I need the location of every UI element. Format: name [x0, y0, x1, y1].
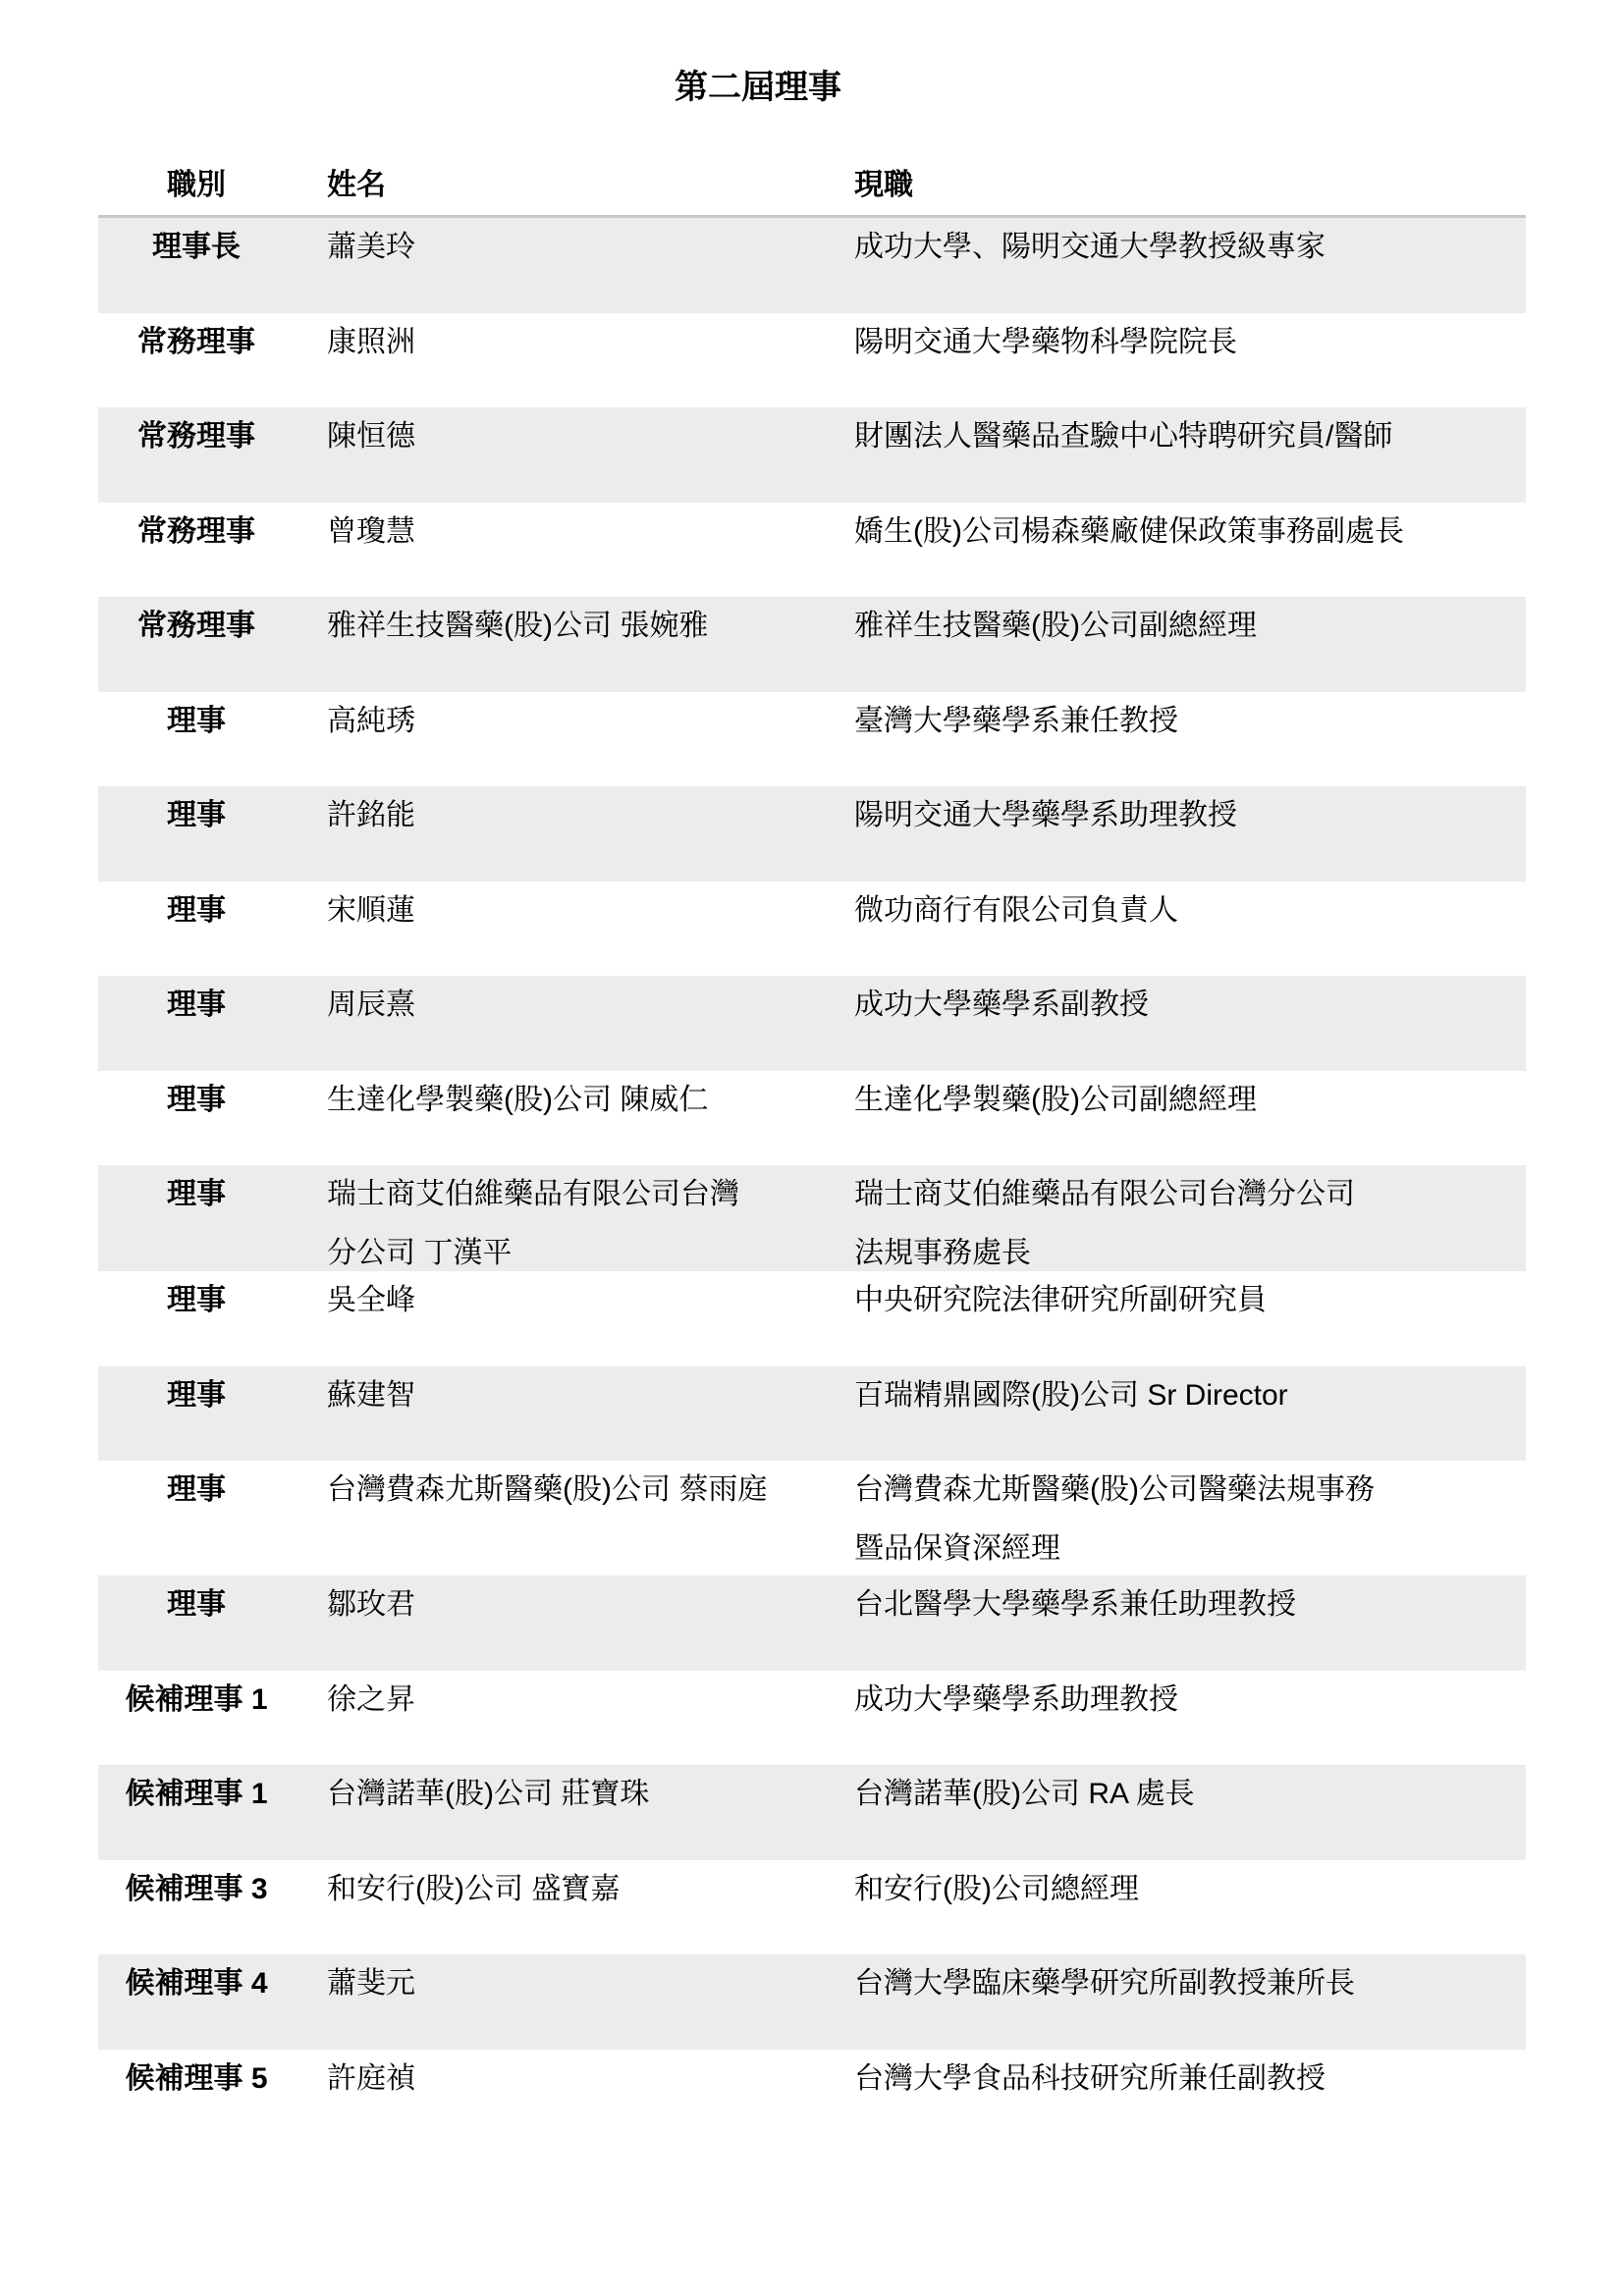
cell-job: 陽明交通大學藥物科學院院長: [854, 313, 1526, 372]
cell-position: 理事: [98, 1366, 295, 1425]
cell-job: 瑞士商艾伯維藥品有限公司台灣分公司 法規事務處長: [854, 1165, 1526, 1283]
table-row: 理事 蘇建智 百瑞精鼎國際(股)公司 Sr Director: [98, 1366, 1526, 1462]
cell-name: 生達化學製藥(股)公司 陳威仁: [327, 1071, 779, 1130]
cell-name: 曾瓊慧: [327, 503, 779, 561]
cell-name: 蕭斐元: [327, 1954, 779, 2013]
cell-position: 候補理事 1: [98, 1671, 295, 1730]
table-row: 理事 瑞士商艾伯維藥品有限公司台灣 分公司 丁漢平 瑞士商艾伯維藥品有限公司台灣…: [98, 1165, 1526, 1271]
cell-position: 候補理事 1: [98, 1765, 295, 1824]
cell-job: 台灣費森尤斯醫藥(股)公司醫藥法規事務 暨品保資深經理: [854, 1461, 1526, 1578]
cell-job: 微功商行有限公司負責人: [854, 881, 1526, 940]
cell-position: 理事: [98, 1271, 295, 1330]
cell-position: 理事: [98, 976, 295, 1035]
column-header-position: 職別: [98, 156, 295, 215]
cell-name: 康照洲: [327, 313, 779, 372]
cell-position: 理事長: [98, 218, 295, 277]
table-row: 候補理事 4 蕭斐元 台灣大學臨床藥學研究所副教授兼所長: [98, 1954, 1526, 2050]
table-row: 理事 許銘能 陽明交通大學藥學系助理教授: [98, 786, 1526, 881]
cell-job: 中央研究院法律研究所副研究員: [854, 1271, 1526, 1330]
cell-name: 蘇建智: [327, 1366, 779, 1425]
cell-position: 候補理事 4: [98, 1954, 295, 2013]
cell-position: 常務理事: [98, 597, 295, 656]
table-header-row: 職別 姓名 現職: [98, 108, 1526, 218]
table-row: 理事 宋順蓮 微功商行有限公司負責人: [98, 881, 1526, 977]
table-row: 理事 鄒玫君 台北醫學大學藥學系兼任助理教授: [98, 1575, 1526, 1671]
table-row: 常務理事 康照洲 陽明交通大學藥物科學院院長: [98, 313, 1526, 408]
page-title: 第二屆理事: [98, 67, 1418, 108]
cell-job: 成功大學藥學系助理教授: [854, 1671, 1526, 1730]
cell-name: 台灣費森尤斯醫藥(股)公司 蔡雨庭: [327, 1461, 779, 1520]
cell-position: 常務理事: [98, 313, 295, 372]
cell-name: 周辰熹: [327, 976, 779, 1035]
table-row: 候補理事 3 和安行(股)公司 盛寶嘉 和安行(股)公司總經理: [98, 1860, 1526, 1955]
cell-name: 和安行(股)公司 盛寶嘉: [327, 1860, 779, 1919]
table-row: 理事 吳全峰 中央研究院法律研究所副研究員: [98, 1271, 1526, 1366]
cell-name: 徐之昇: [327, 1671, 779, 1730]
cell-position: 理事: [98, 692, 295, 751]
cell-name: 宋順蓮: [327, 881, 779, 940]
cell-name: 許庭禎: [327, 2050, 779, 2109]
cell-job: 財團法人醫藥品查驗中心特聘研究員/醫師: [854, 407, 1526, 466]
cell-job: 百瑞精鼎國際(股)公司 Sr Director: [854, 1366, 1526, 1425]
table-row: 候補理事 5 許庭禎 台灣大學食品科技研究所兼任副教授: [98, 2050, 1526, 2145]
cell-position: 理事: [98, 1575, 295, 1634]
cell-name: 高純琇: [327, 692, 779, 751]
table-row: 理事 台灣費森尤斯醫藥(股)公司 蔡雨庭 台灣費森尤斯醫藥(股)公司醫藥法規事務…: [98, 1461, 1526, 1575]
cell-job: 臺灣大學藥學系兼任教授: [854, 692, 1526, 751]
cell-job: 嬌生(股)公司楊森藥廠健保政策事務副處長: [854, 503, 1526, 561]
table-row: 候補理事 1 徐之昇 成功大學藥學系助理教授: [98, 1671, 1526, 1766]
cell-name: 陳恒德: [327, 407, 779, 466]
table-row: 候補理事 1 台灣諾華(股)公司 莊寶珠 台灣諾華(股)公司 RA 處長: [98, 1765, 1526, 1860]
table-row: 常務理事 曾瓊慧 嬌生(股)公司楊森藥廠健保政策事務副處長: [98, 503, 1526, 598]
cell-position: 理事: [98, 1071, 295, 1130]
table-row: 理事 周辰熹 成功大學藥學系副教授: [98, 976, 1526, 1071]
cell-job: 生達化學製藥(股)公司副總經理: [854, 1071, 1526, 1130]
table-row: 理事長 蕭美玲 成功大學、陽明交通大學教授級專家: [98, 218, 1526, 313]
column-header-current-job: 現職: [854, 156, 1526, 215]
table-row: 理事 高純琇 臺灣大學藥學系兼任教授: [98, 692, 1526, 787]
table-row: 常務理事 雅祥生技醫藥(股)公司 張婉雅 雅祥生技醫藥(股)公司副總經理: [98, 597, 1526, 692]
cell-name: 許銘能: [327, 786, 779, 845]
cell-position: 候補理事 3: [98, 1860, 295, 1919]
cell-position: 候補理事 5: [98, 2050, 295, 2109]
table-row: 常務理事 陳恒德 財團法人醫藥品查驗中心特聘研究員/醫師: [98, 407, 1526, 503]
cell-position: 理事: [98, 881, 295, 940]
cell-name: 台灣諾華(股)公司 莊寶珠: [327, 1765, 779, 1824]
cell-job: 雅祥生技醫藥(股)公司副總經理: [854, 597, 1526, 656]
cell-position: 常務理事: [98, 503, 295, 561]
cell-job: 和安行(股)公司總經理: [854, 1860, 1526, 1919]
cell-name: 蕭美玲: [327, 218, 779, 277]
cell-job: 台灣大學食品科技研究所兼任副教授: [854, 2050, 1526, 2109]
cell-position: 理事: [98, 1461, 295, 1520]
cell-job: 陽明交通大學藥學系助理教授: [854, 786, 1526, 845]
cell-job: 台北醫學大學藥學系兼任助理教授: [854, 1575, 1526, 1634]
directors-table: 職別 姓名 現職 理事長 蕭美玲 成功大學、陽明交通大學教授級專家 常務理事 康…: [98, 108, 1526, 2144]
cell-position: 理事: [98, 786, 295, 845]
cell-position: 常務理事: [98, 407, 295, 466]
table-row: 理事 生達化學製藥(股)公司 陳威仁 生達化學製藥(股)公司副總經理: [98, 1071, 1526, 1166]
cell-name: 吳全峰: [327, 1271, 779, 1330]
column-header-name: 姓名: [327, 156, 779, 215]
cell-name: 鄒玫君: [327, 1575, 779, 1634]
cell-name: 雅祥生技醫藥(股)公司 張婉雅: [327, 597, 779, 656]
cell-job: 成功大學、陽明交通大學教授級專家: [854, 218, 1526, 277]
cell-position: 理事: [98, 1165, 295, 1224]
cell-name: 瑞士商艾伯維藥品有限公司台灣 分公司 丁漢平: [327, 1165, 779, 1283]
cell-job: 成功大學藥學系副教授: [854, 976, 1526, 1035]
cell-job: 台灣諾華(股)公司 RA 處長: [854, 1765, 1526, 1824]
cell-job: 台灣大學臨床藥學研究所副教授兼所長: [854, 1954, 1526, 2013]
